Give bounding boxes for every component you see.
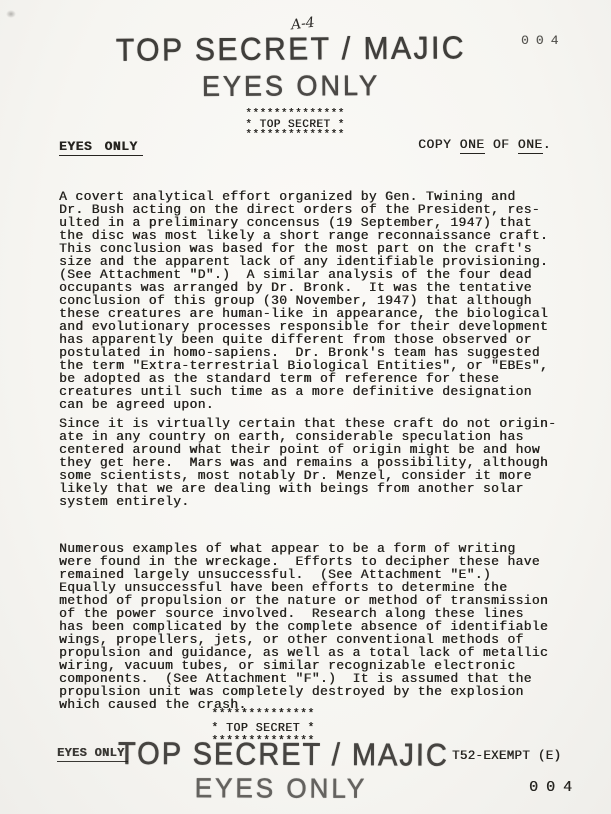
copy-word: COPY [418, 137, 451, 152]
eyes-only-footer: EYES ONLY [57, 746, 128, 762]
document-page: A-4 TOP SECRET / MAJIC 004 EYES ONLY ***… [0, 0, 611, 814]
copy-of-word: OF [493, 137, 510, 152]
paragraph-analysis: A covert analytical effort organized by … [59, 190, 564, 411]
document-body: A covert analytical effort organized by … [59, 190, 564, 711]
top-secret-majic-stamp-bottom: TOP SECRET / MAJIC [118, 737, 444, 774]
eyes-only-heading: EYES ONLY [59, 139, 143, 156]
page-number-top: 004 [521, 33, 565, 48]
eyes-only-stamp-top: EYES ONLY [85, 69, 497, 104]
top-secret-majic-stamp-top: TOP SECRET / MAJIC [85, 31, 497, 70]
paragraph-origin-speculation: Since it is virtually certain that these… [59, 417, 564, 508]
eyes-only-stamp-bottom: EYES ONLY [118, 772, 444, 806]
exemption-code: T52-EXEMPT (E) [452, 749, 561, 763]
handwritten-note: A-4 [290, 15, 316, 34]
paragraph-writing-propulsion: Numerous examples of what appear to be a… [59, 542, 564, 711]
copy-number-2: ONE [518, 137, 543, 154]
scan-artifact [6, 10, 16, 18]
page-number-bottom: 004 [529, 779, 580, 796]
copy-number-1: ONE [460, 137, 485, 154]
copy-period: . [543, 137, 551, 152]
copy-count-line: COPY ONE OF ONE. [418, 137, 551, 152]
top-secret-typed-block-top: ************** * TOP SECRET * **********… [215, 109, 375, 141]
